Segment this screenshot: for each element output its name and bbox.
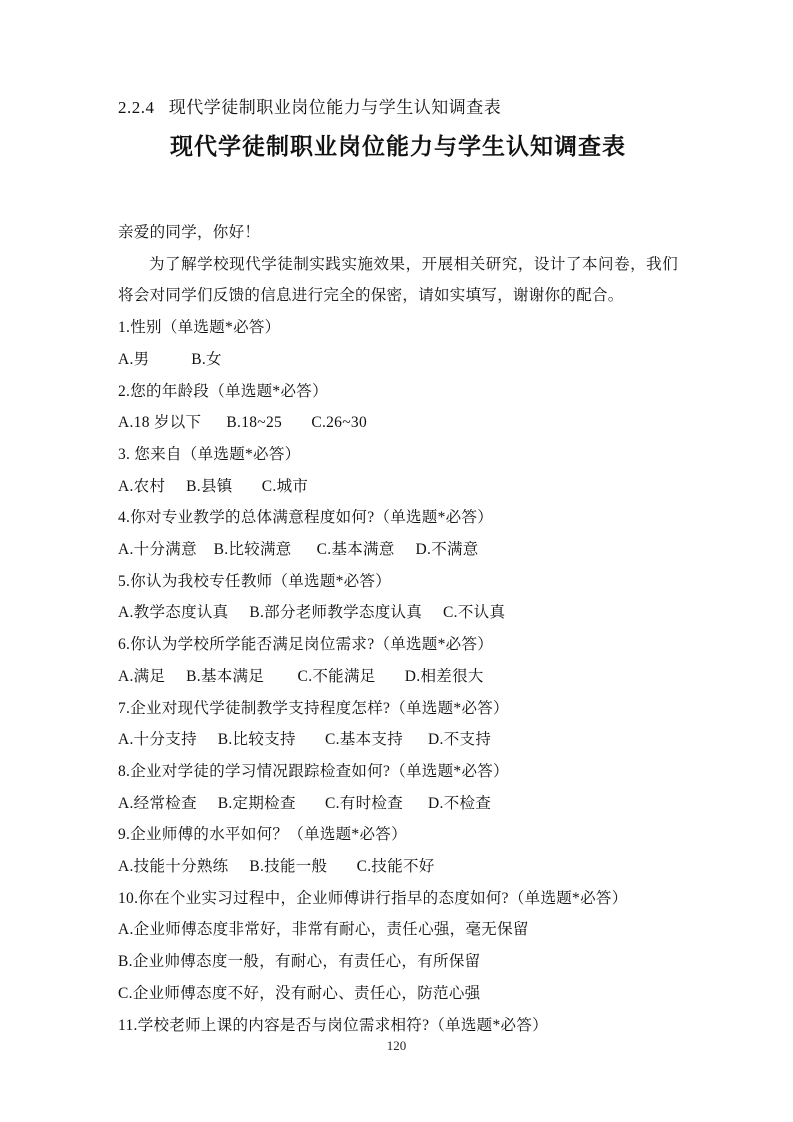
question-6-text: 6.你认为学校所学能否满足岗位需求?（单选题*必答）: [118, 629, 678, 661]
intro-paragraph: 为了解学校现代学徒制实践实施效果，开展相关研究，设计了本问卷，我们将会对同学们反…: [118, 249, 678, 312]
question-3-text: 3. 您来自（单选题*必答）: [118, 439, 678, 471]
question-10-option-b: B.企业帅傅态度一般，有耐心，有责任心，有所保留: [118, 946, 678, 978]
question-11-text: 11.学校老师上课的内容是否与岗位需求相符?（单选题*必答）: [118, 1010, 678, 1042]
survey-body: 亲爱的同学，你好！ 为了解学校现代学徒制实践实施效果，开展相关研究，设计了本问卷…: [118, 217, 678, 1041]
question-1-options: A.男 B.女: [118, 344, 678, 376]
question-4-options: A.十分满意 B.比较满意 C.基本满意 D.不满意: [118, 534, 678, 566]
question-8-text: 8.企业对学徒的学习情况跟踪检查如何?（单选题*必答）: [118, 756, 678, 788]
question-7-options: A.十分支持 B.比较支持 C.基本支持 D.不支持: [118, 724, 678, 756]
question-5-options: A.教学态度认真 B.部分老师教学态度认真 C.不认真: [118, 597, 678, 629]
question-5-text: 5.你认为我校专任教师（单选题*必答）: [118, 566, 678, 598]
question-2-text: 2.您的年龄段（单选题*必答）: [118, 376, 678, 408]
question-10-text: 10.你在个业实习过程中，企业师傅讲行指早的态度如何?（单选题*必答）: [118, 883, 678, 915]
question-1-text: 1.性别（单选题*必答）: [118, 312, 678, 344]
question-9-options: A.技能十分熟练 B.技能一般 C.技能不好: [118, 851, 678, 883]
question-2-options: A.18 岁以下 B.18~25 C.26~30: [118, 407, 678, 439]
question-10-option-c: C.企业师傅态度不好，没有耐心、责任心，防范心强: [118, 978, 678, 1010]
document-page: 2.2.4 现代学徒制职业岗位能力与学生认知调查表 现代学徒制职业岗位能力与学生…: [0, 0, 793, 1122]
greeting-line: 亲爱的同学，你好！: [118, 217, 678, 249]
question-3-options: A.农村 B.县镇 C.城市: [118, 471, 678, 503]
question-8-options: A.经常检查 B.定期检查 C.有时检查 D.不检查: [118, 788, 678, 820]
question-9-text: 9.企业师傅的水平如何？（单选题*必答）: [118, 819, 678, 851]
document-content: 2.2.4 现代学徒制职业岗位能力与学生认知调查表 现代学徒制职业岗位能力与学生…: [118, 0, 678, 1041]
question-7-text: 7.企业对现代学徒制教学支持程度怎样?（单选题*必答）: [118, 693, 678, 725]
page-number: 120: [0, 1038, 793, 1054]
page-title: 现代学徒制职业岗位能力与学生认知调查表: [118, 126, 678, 166]
section-heading: 2.2.4 现代学徒制职业岗位能力与学生认知调查表: [118, 96, 678, 120]
question-6-options: A.满足 B.基本满足 C.不能满足 D.相差很大: [118, 661, 678, 693]
question-10-option-a: A.企业师傅态度非常好，非常有耐心，责任心强，毫无保留: [118, 914, 678, 946]
question-4-text: 4.你对专业教学的总体满意程度如何?（单选题*必答）: [118, 502, 678, 534]
